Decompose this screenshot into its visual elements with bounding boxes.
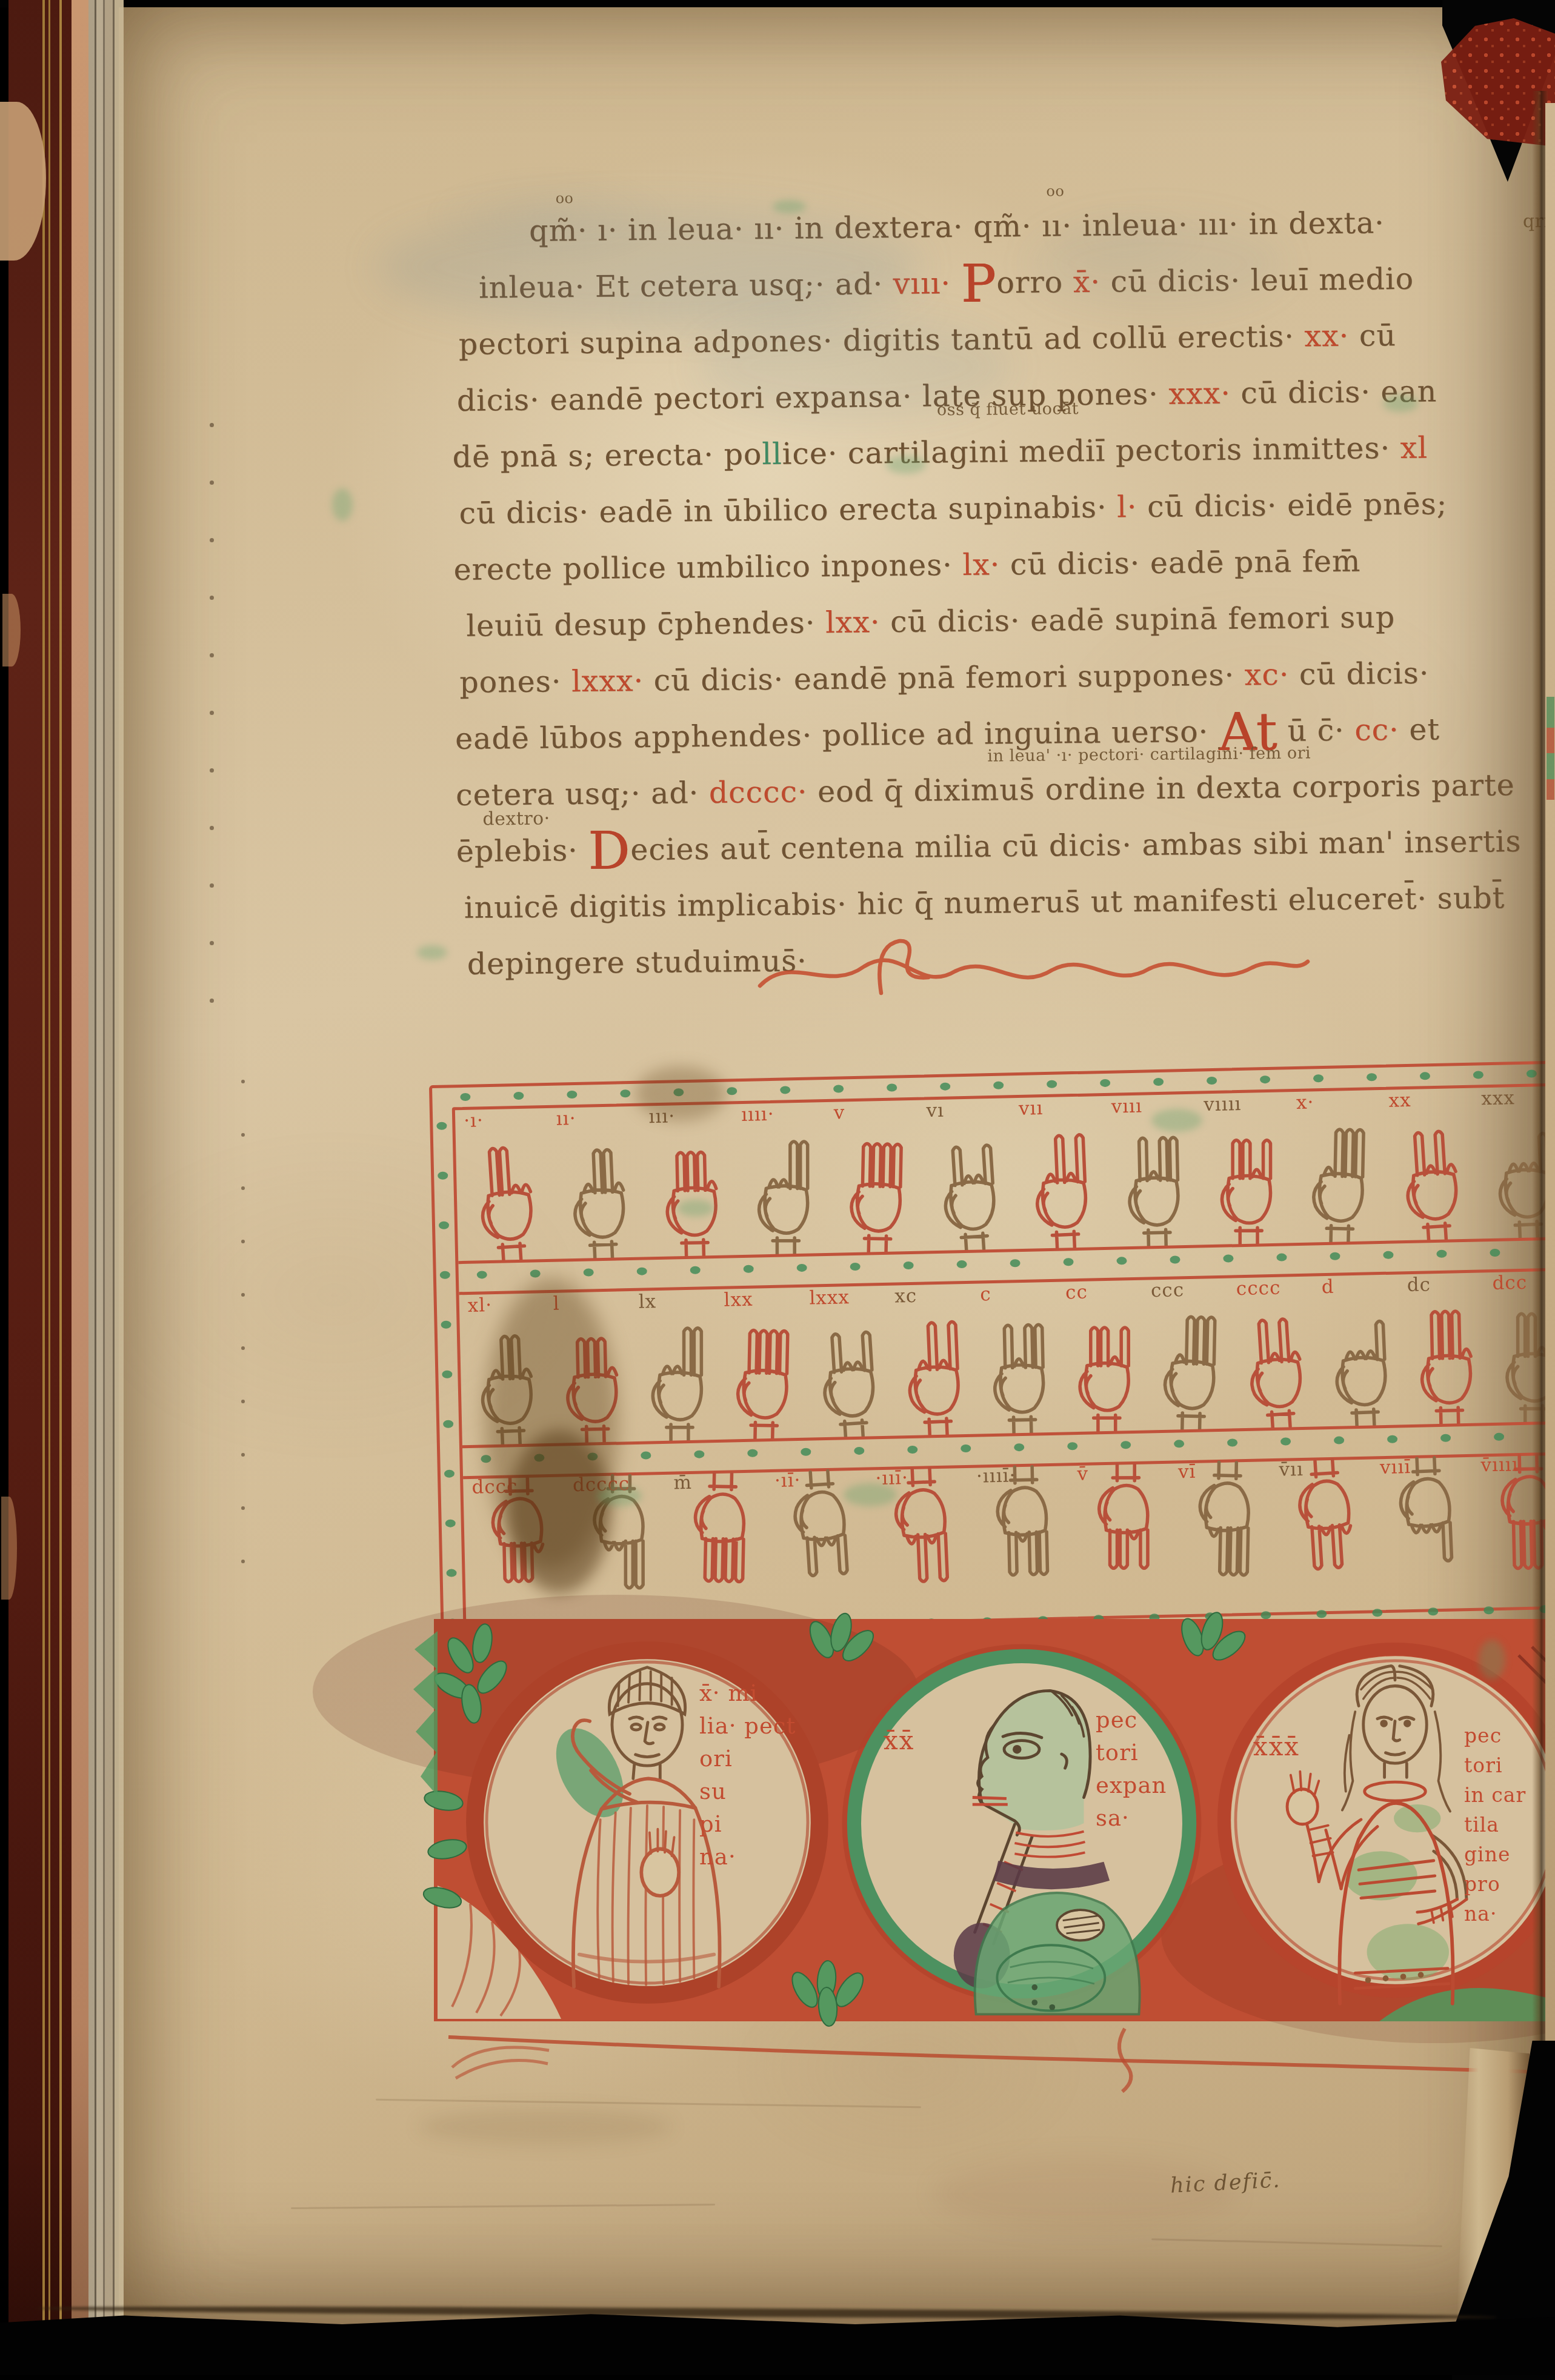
medallion-caption: pectoriin cartilagineprona·: [1464, 1721, 1526, 1929]
text-segment: cū dicis· eandē pnā femori suppones·: [644, 657, 1245, 698]
green-dot: [445, 1519, 456, 1527]
interlinear-gloss: oo: [1046, 182, 1064, 199]
hand-figure: [1242, 1302, 1315, 1429]
hand-figure: [660, 1131, 728, 1256]
green-dot: [727, 1087, 737, 1095]
caption-line: pec: [1096, 1704, 1167, 1737]
hand-cell: ·ı·: [461, 1108, 557, 1261]
stain: [508, 1430, 611, 1594]
medallion-number-label: x̄x̄x̄: [1253, 1732, 1300, 1761]
green-dot: [444, 1469, 455, 1477]
green-dot: [850, 1263, 861, 1271]
caption-line: gine: [1464, 1840, 1526, 1869]
hand-figure: [567, 1133, 638, 1259]
hand-figure: [754, 1130, 819, 1254]
roman-numeral-label: vıııı: [1204, 1093, 1242, 1115]
stain: [635, 1066, 726, 1121]
roman-numeral-label: xx: [1388, 1089, 1411, 1112]
text-segment: dcccc·: [709, 774, 808, 810]
text-segment: inuicē digitis implicabis· hic q̄ numeru…: [464, 880, 1505, 925]
text-line: cū dicis· eadē in ūbilico erecta supinab…: [459, 487, 1447, 534]
pricking-hole: [210, 999, 214, 1003]
text-segment: cū dicis·: [1289, 656, 1430, 692]
text-segment: lx·: [962, 547, 1000, 582]
hand-figure: [1074, 1308, 1140, 1431]
green-dot: [1120, 1441, 1131, 1449]
pricking-hole: [210, 423, 214, 427]
text-line: erecte pollice umbilico inpones· lx· cū …: [453, 545, 1360, 591]
hand-row-2: xl·llxlxxlxxxxcccccccccccddcdcc: [459, 1270, 1555, 1445]
pricking-hole: [241, 1293, 245, 1297]
green-dot: [690, 1266, 701, 1274]
hand-figure: [1415, 1300, 1483, 1424]
interlinear-gloss: in leua' ·ı· pectori· cartilagini· fem o…: [987, 743, 1311, 765]
pricking-hole: [241, 1240, 245, 1243]
stain: [933, 2157, 1236, 2230]
green-dot: [436, 1122, 447, 1130]
roman-numeral-label: vıı: [1019, 1097, 1044, 1120]
green-dot: [1420, 1072, 1430, 1080]
roman-numeral-label: dc: [1407, 1274, 1431, 1296]
roman-numeral-label: cccc: [1236, 1277, 1280, 1300]
book-binding-leather: [8, 0, 72, 2375]
latin-text-block: qm̃· ı· in leua· ıı· in dextera· qm̃· ıı…: [114, 0, 1555, 1079]
hand-figure: [935, 1124, 1008, 1251]
green-dot: [1280, 1438, 1291, 1446]
binding-worn-patch: [2, 594, 21, 666]
green-dot: [513, 1092, 524, 1100]
text-segment: ēplebis·: [456, 833, 588, 869]
text-segment: ll: [762, 437, 782, 471]
caption-line: lia· pect: [699, 1710, 796, 1743]
medallion-number-label: x̄x̄: [884, 1726, 914, 1755]
stain: [417, 945, 447, 960]
pricking-hole: [241, 1506, 245, 1510]
text-segment: leuiū desup c̄phendes·: [466, 605, 825, 643]
hand-figure: [1123, 1122, 1191, 1246]
green-dot: [1490, 1249, 1500, 1257]
hand-cell: vı̄: [1176, 1461, 1280, 1614]
caption-line: na·: [1464, 1899, 1526, 1929]
hand-cell: cccc: [1233, 1276, 1322, 1429]
roman-numeral-label: ccc: [1151, 1279, 1185, 1301]
green-dot: [1334, 1437, 1344, 1444]
green-dot: [1367, 1073, 1377, 1081]
green-dot: [1428, 1607, 1438, 1615]
pricking-hole: [210, 538, 214, 542]
text-segment: eod q̄ diximus̄ ordine in dexta corporis…: [807, 768, 1515, 809]
next-leaf-initial-glimpse: [1547, 697, 1554, 800]
green-dot: [1483, 1606, 1494, 1614]
hand-cell: ·ıııı̄·: [974, 1466, 1078, 1618]
green-dot: [1383, 1251, 1393, 1258]
medallion-band: x̄· milia· pectorisupina·pectoriexpansa·…: [434, 1619, 1555, 2021]
pricking-hole: [210, 596, 214, 600]
roman-numeral-label: v̄ıı: [1279, 1458, 1304, 1481]
pricking-hole: [210, 711, 214, 715]
green-dot: [1207, 1077, 1217, 1085]
text-line: leuiū desup c̄phendes· lxx· cū dicis· ea…: [466, 600, 1395, 647]
pricking-hole: [241, 1346, 245, 1350]
hand-cell: xc: [892, 1283, 981, 1436]
green-dot: [1227, 1439, 1237, 1447]
green-dot: [1276, 1253, 1287, 1261]
text-segment: [951, 266, 961, 301]
pricking-hole: [241, 1133, 245, 1137]
green-dot: [1387, 1435, 1397, 1443]
pricking-hole: [210, 941, 214, 945]
caption-line: in car: [1464, 1780, 1526, 1810]
text-segment: erecte pollice umbilico inpones·: [453, 548, 962, 587]
manuscript-page: qm̃· ı· in leua· ıı· in dextera· qm̃· ıı…: [119, 5, 1555, 2351]
hand-cell: vııı̄: [1377, 1457, 1482, 1610]
hand-cell: ıııı·: [739, 1102, 834, 1255]
green-dot: [1116, 1257, 1127, 1265]
text-line: dē pnā s; erecta· pollice· cartilagini m…: [452, 431, 1428, 478]
text-segment: cū dicis· eadē in ūbilico erecta supinab…: [459, 490, 1117, 531]
stain: [678, 1200, 714, 1217]
stain: [597, 1486, 642, 1506]
roman-numeral-label: v̄: [1077, 1463, 1088, 1485]
pricking-hole: [241, 1186, 245, 1190]
hand-cell: cc: [1063, 1280, 1151, 1432]
text-line: ēplebis· Decies aut̄ centena milia cū di…: [456, 825, 1522, 873]
green-dot: [1473, 1071, 1483, 1079]
green-dot: [460, 1093, 470, 1101]
caption-line: su: [699, 1775, 796, 1808]
green-dot: [1067, 1442, 1077, 1450]
roman-numeral-label: vı: [926, 1100, 944, 1122]
text-line: pones· lxxx· cū dicis· eandē pnā femori …: [459, 657, 1430, 703]
green-dot: [439, 1222, 449, 1229]
text-segment: pones·: [459, 664, 571, 700]
hand-cell: lxx: [721, 1287, 810, 1440]
hand-figure: [1397, 1114, 1471, 1242]
text-line: inuicē digitis implicabis· hic q̄ numeru…: [464, 881, 1505, 928]
hand-cell: lx: [636, 1289, 724, 1441]
green-dot: [443, 1420, 453, 1428]
next-leaf-edge: [1545, 103, 1555, 2078]
roman-numeral-label: ·ıııı̄·: [976, 1464, 1016, 1487]
pricking-hole: [241, 1560, 245, 1563]
hand-cell: xx: [1386, 1088, 1482, 1240]
hand-figure: [689, 1473, 757, 1598]
green-dot: [438, 1172, 448, 1180]
hand-cell: vı: [924, 1098, 1019, 1251]
text-segment: dē pnā s; erecta· po: [452, 437, 762, 474]
pricking-hole: [241, 1453, 245, 1457]
green-dot: [833, 1085, 844, 1092]
medallion-caption: x̄· milia· pectorisupina·: [699, 1677, 796, 1873]
green-dot: [956, 1260, 967, 1268]
hand-figure: [988, 1309, 1056, 1434]
green-dot: [477, 1271, 487, 1278]
green-dot: [1047, 1080, 1057, 1088]
text-segment: ecies aut̄ centena milia cū dicis· ambas…: [630, 824, 1522, 867]
green-dot: [1100, 1079, 1110, 1087]
roman-numeral-label: xxx: [1481, 1087, 1515, 1109]
stain: [376, 206, 921, 327]
pricking-hole: [210, 480, 214, 485]
caption-line: pi: [699, 1808, 796, 1841]
pricking-hole: [210, 826, 214, 830]
green-dot: [440, 1271, 450, 1279]
band-left-fringe: [402, 1631, 439, 1813]
hand-figure: [845, 1128, 913, 1252]
stain: [418, 2109, 673, 2145]
roman-numeral-label: v̄ıııı: [1480, 1454, 1519, 1476]
green-dot: [1494, 1433, 1504, 1441]
hand-figure: [473, 1134, 546, 1261]
stain: [332, 488, 353, 521]
interlinear-gloss: dextro·: [482, 808, 550, 830]
green-dot: [1014, 1443, 1024, 1451]
text-segment: lxx·: [825, 605, 881, 640]
hand-cell: ııı·: [646, 1104, 742, 1257]
caption-line: tila: [1464, 1810, 1526, 1840]
manuscript-photograph: qm̃· ı· in leua· ıı· in dextera· qm̃· ıı…: [0, 0, 1555, 2375]
hand-cell: ccc: [1148, 1278, 1237, 1431]
green-dot: [442, 1371, 452, 1378]
hand-cell: vıı: [1016, 1096, 1112, 1249]
hand-cell: dc: [1404, 1272, 1493, 1425]
green-dot: [940, 1082, 950, 1090]
hand-cell: vıııı: [1201, 1092, 1297, 1245]
hand-figure: [1308, 1117, 1376, 1242]
hand-cell: ıı·: [553, 1106, 649, 1258]
roman-numeral-label: v: [833, 1102, 845, 1123]
hand-cell: c: [977, 1281, 1066, 1434]
hand-figure: [648, 1317, 713, 1441]
table-inner-frame: ·ı·ıı·ııı·ıııı·vvıvııvıııvııııx·xxxxxxl·…: [452, 1083, 1555, 1633]
stain: [1030, 218, 1285, 309]
roman-numeral-label: vııı: [1111, 1095, 1142, 1118]
caption-line: ori: [699, 1743, 796, 1775]
roman-numeral-label: xc: [894, 1285, 917, 1307]
green-dot: [1313, 1074, 1324, 1082]
stain: [1151, 1109, 1202, 1132]
hand-figure: [814, 1311, 888, 1438]
caption-line: tori: [1464, 1750, 1526, 1780]
green-dot: [637, 1267, 647, 1275]
green-dot: [620, 1089, 630, 1097]
hand-row-1: ·ı·ıı·ııı·ıııı·vvıvııvıııvııııx·xxxxx: [455, 1086, 1555, 1261]
text-segment: ū c̄·: [1277, 713, 1355, 748]
green-dot: [801, 1448, 811, 1456]
text-segment: lxxx·: [571, 663, 644, 699]
roman-numeral-label: ·ı·: [464, 1109, 484, 1132]
text-segment: xl: [1400, 431, 1428, 465]
green-dot: [907, 1446, 917, 1454]
caption-line: pec: [1464, 1721, 1526, 1750]
roman-numeral-label: c: [980, 1283, 991, 1305]
hand-figure: [1094, 1464, 1159, 1588]
green-dot: [993, 1082, 1004, 1089]
text-segment: et: [1399, 712, 1440, 747]
pricking-hole: [241, 1080, 245, 1083]
roman-numeral-label: m̄: [673, 1472, 692, 1494]
page-edge-stack: [88, 0, 124, 2375]
stain: [697, 315, 1012, 418]
stain: [886, 456, 926, 474]
caption-line: na·: [699, 1841, 796, 1873]
green-dot: [1440, 1434, 1451, 1442]
green-dot: [441, 1321, 451, 1329]
green-dot: [1330, 1252, 1340, 1260]
roman-numeral-label: x·: [1296, 1091, 1314, 1114]
text-segment: D: [588, 820, 631, 882]
caption-line: sa·: [1096, 1802, 1167, 1835]
green-dot: [1063, 1258, 1073, 1266]
green-dot: [887, 1083, 897, 1091]
green-dot: [446, 1569, 456, 1577]
text-segment: xc·: [1244, 657, 1289, 693]
binding-worn-patch: [1, 1497, 17, 1600]
text-segment: cū dicis· eadē pnā fem̄: [1000, 544, 1361, 582]
green-dot: [694, 1451, 704, 1458]
text-segment: ice· cartilagini mediı̄ pectoris inmitte…: [782, 431, 1400, 471]
caption-line: x̄· mi: [699, 1677, 796, 1710]
roman-numeral-label: xl·: [468, 1294, 493, 1317]
binding-turn-in: [72, 0, 88, 2375]
green-dot: [567, 1091, 577, 1099]
green-dot: [744, 1265, 754, 1272]
text-segment: xx·: [1304, 319, 1349, 354]
pricking-hole: [241, 1400, 245, 1403]
pricking-hole: [210, 768, 214, 773]
green-dot: [1436, 1249, 1447, 1257]
hand-cell: d: [1319, 1274, 1407, 1427]
hand-cell: v̄: [1074, 1464, 1179, 1617]
stain: [1479, 1640, 1505, 1680]
hand-cell: v: [831, 1100, 927, 1252]
hand-figure: [1029, 1123, 1100, 1249]
caption-line: tori: [1096, 1737, 1167, 1769]
roman-numeral-label: vııı̄: [1380, 1456, 1411, 1478]
green-dot: [961, 1444, 971, 1452]
roman-numeral-label: lx: [638, 1291, 656, 1313]
green-dot: [1170, 1255, 1180, 1263]
hand-figure: [1328, 1301, 1399, 1427]
green-dot: [1372, 1609, 1382, 1617]
caption-line: pro: [1464, 1869, 1526, 1899]
text-segment: cetera usq;· ad·: [456, 776, 709, 813]
hand-figure: [1193, 1462, 1261, 1587]
roman-numeral-label: ·ıı̄·: [774, 1469, 801, 1492]
stain: [1383, 395, 1418, 412]
roman-numeral-label: lxx: [724, 1288, 753, 1311]
pricking-hole: [210, 883, 214, 888]
red-rule: [446, 2029, 1555, 2095]
roman-numeral-label: vı̄: [1178, 1461, 1196, 1483]
hand-figure: [1216, 1120, 1282, 1244]
green-dot: [1260, 1611, 1271, 1619]
roman-numeral-label: lxxx: [809, 1286, 850, 1309]
medallion-caption: pectoriexpansa·: [1096, 1704, 1167, 1835]
photo-background: [0, 0, 1555, 7]
green-dot: [1260, 1075, 1270, 1083]
green-dot: [530, 1269, 541, 1277]
green-dot: [1153, 1078, 1164, 1086]
text-segment: l·: [1117, 490, 1137, 524]
pricking-hole: [210, 653, 214, 657]
stain: [844, 1483, 897, 1506]
caption-line: expan: [1096, 1769, 1167, 1802]
green-dot: [1010, 1259, 1020, 1267]
text-segment: cc·: [1354, 713, 1399, 748]
hand-cell: lxxx: [807, 1285, 895, 1438]
green-dot: [747, 1449, 758, 1457]
green-dot: [903, 1261, 913, 1269]
green-dot: [584, 1268, 594, 1276]
text-segment: xxx·: [1168, 376, 1231, 411]
text-segment: cū: [1349, 318, 1396, 353]
roman-numeral-label: ıı·: [556, 1108, 576, 1130]
hand-figure: [732, 1315, 800, 1440]
hand-figure: [1159, 1305, 1227, 1430]
hand-figure: [901, 1310, 972, 1436]
green-dot: [641, 1452, 651, 1460]
green-dot: [780, 1086, 790, 1094]
stain: [773, 200, 806, 213]
interlinear-gloss: oo: [555, 190, 573, 207]
hand-cell: v̄ıı: [1276, 1459, 1380, 1612]
text-segment: P: [961, 253, 997, 314]
roman-numeral-label: cc: [1065, 1281, 1088, 1303]
green-dot: [854, 1447, 864, 1455]
text-line: cetera usq;· ad· dcccc· eod q̄ diximus̄ …: [456, 768, 1515, 816]
roman-numeral-label: dcc: [1492, 1271, 1527, 1294]
hand-cell: x·: [1294, 1090, 1390, 1243]
text-segment: cū dicis· eidē pnēs;: [1137, 487, 1447, 524]
text-segment: cū dicis· eadē supinā femori sup: [880, 600, 1395, 639]
roman-numeral-label: d: [1321, 1275, 1334, 1297]
green-dot: [1316, 1610, 1327, 1618]
green-dot: [1174, 1440, 1184, 1448]
roman-numeral-label: ıııı·: [741, 1103, 774, 1126]
green-dot: [797, 1264, 807, 1272]
red-pen-flourish: [755, 935, 1319, 1005]
green-dot: [1223, 1254, 1233, 1262]
